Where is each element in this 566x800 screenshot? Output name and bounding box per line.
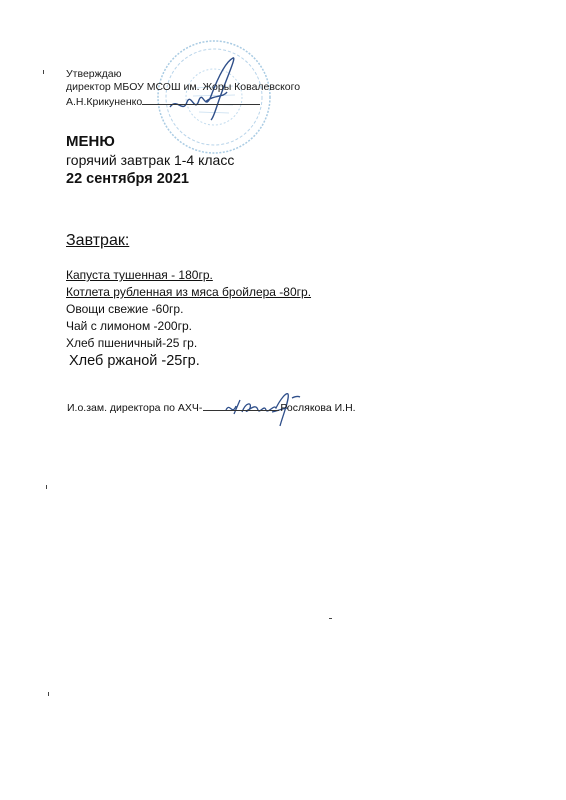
scan-speck bbox=[43, 70, 44, 74]
approval-heading: Утверждаю bbox=[66, 68, 300, 81]
menu-item: Хлеб пшеничный-25 гр. bbox=[66, 335, 311, 352]
signature-line bbox=[203, 400, 279, 411]
menu-item: Хлеб ржаной -25гр. bbox=[69, 352, 311, 371]
approval-block: Утверждаю директор МБОУ МСОШ им. Жоры Ко… bbox=[66, 68, 300, 109]
scan-speck bbox=[48, 692, 49, 696]
menu-date: 22 сентября 2021 bbox=[66, 171, 189, 187]
scan-speck bbox=[46, 485, 47, 489]
deputy-position: И.о.зам. директора по АХЧ- bbox=[67, 402, 202, 414]
page-title: МЕНЮ bbox=[66, 133, 115, 150]
scan-speck bbox=[329, 618, 332, 619]
signature-line bbox=[142, 94, 260, 105]
page-subtitle: горячий завтрак 1-4 класс bbox=[66, 152, 234, 168]
menu-list: Капуста тушенная - 180гр. Котлета рублен… bbox=[66, 267, 311, 371]
approval-director-name: А.Н.Крикуненко bbox=[66, 96, 142, 108]
menu-item: Котлета рубленная из мяса бройлера -80гр… bbox=[66, 284, 311, 301]
deputy-name: Рослякова И.Н. bbox=[280, 402, 355, 414]
section-heading: Завтрак: bbox=[66, 232, 129, 250]
menu-item: Овощи свежие -60гр. bbox=[66, 301, 311, 318]
signature-footer: И.о.зам. директора по АХЧ-Рослякова И.Н. bbox=[67, 400, 356, 414]
approval-director-title: директор МБОУ МСОШ им. Жоры Ковалевского bbox=[66, 81, 300, 94]
approval-director-name-row: А.Н.Крикуненко bbox=[66, 94, 300, 109]
menu-item: Капуста тушенная - 180гр. bbox=[66, 267, 311, 284]
menu-item: Чай с лимоном -200гр. bbox=[66, 318, 311, 335]
